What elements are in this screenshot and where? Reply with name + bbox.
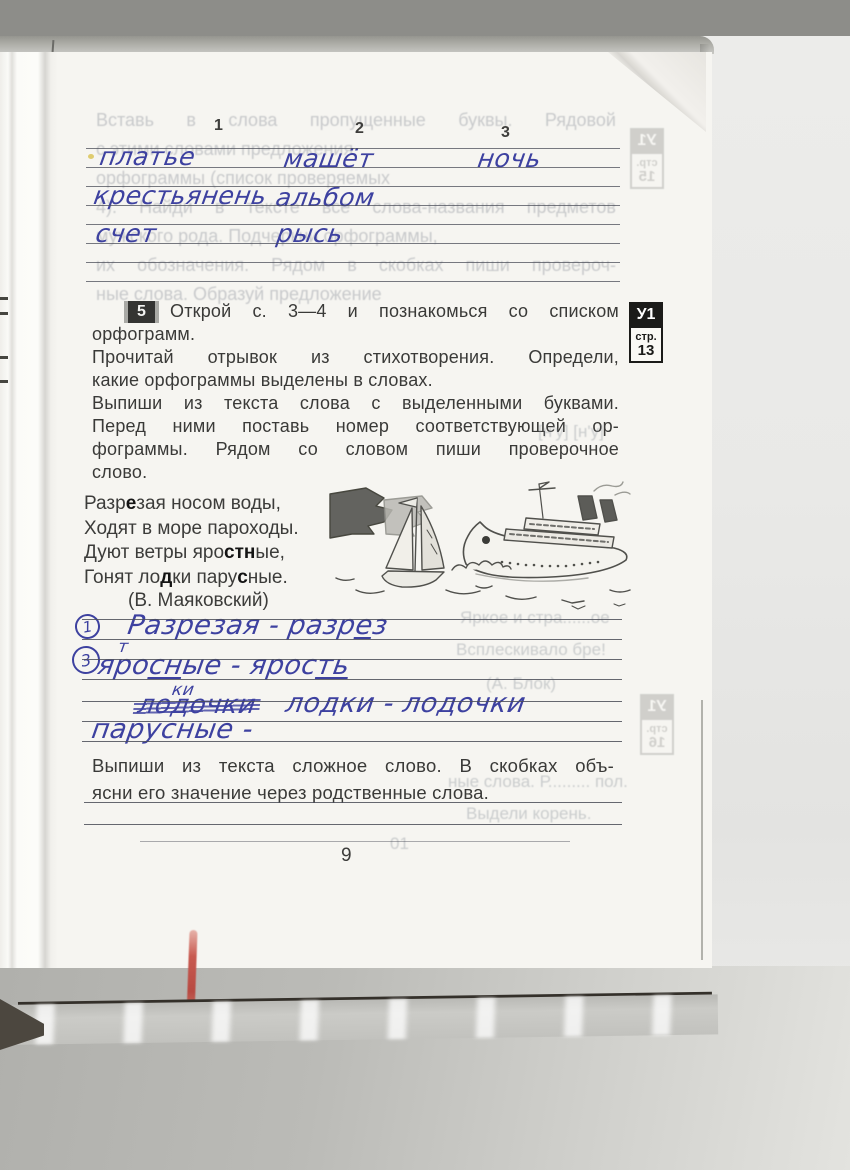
ruled-line — [82, 659, 622, 660]
column-header-1: 1 — [214, 117, 223, 135]
ruled-line — [82, 741, 622, 742]
handwritten-word: альбом — [274, 183, 377, 212]
ruled-line — [84, 802, 622, 803]
paper-speck — [88, 154, 94, 159]
ruled-line — [84, 824, 622, 825]
ruled-line — [82, 639, 622, 640]
poem: Разрезая носом воды, Ходят в море парохо… — [84, 492, 354, 590]
text-line: мужского рода. Подчеркни орфограммы, — [96, 222, 616, 251]
ghost-margin-badge: У1 стр. 16 — [640, 694, 674, 755]
text-line: их обозначения. Рядом в скобках пиши про… — [96, 251, 616, 280]
handwritten-answer: яросные - ярость — [96, 650, 353, 681]
text-line: Открой с. 3—4 и познакомься со списком — [92, 300, 619, 323]
margin-page-badge: У1 стр. 13 — [629, 302, 663, 363]
ruled-line — [86, 224, 620, 225]
ruled-line — [82, 619, 622, 620]
page-content: Вставь в слова пропущенные буквы. Рядово… — [0, 0, 850, 1170]
ruled-line — [86, 148, 620, 149]
column-header-3: 3 — [501, 124, 510, 142]
spine-mark — [52, 40, 55, 52]
text-line: Прочитай отрывок из стихотворения. Опред… — [92, 346, 619, 369]
poem-line: Гонят лодки парусные. — [84, 566, 354, 591]
ruled-line — [82, 679, 622, 680]
ghost-fragment: [н'у] [н'у] — [538, 422, 604, 442]
page-right-edge-line — [701, 700, 703, 960]
ruled-line — [86, 281, 620, 282]
ship-sketch-illustration — [326, 478, 644, 620]
ruled-line — [86, 205, 620, 206]
ruled-line — [86, 167, 620, 168]
ghost-fragment: Всплескивало бре! — [456, 640, 606, 660]
text-line: орфограмм. — [92, 323, 619, 346]
binding-tick — [0, 312, 8, 315]
exercise-instruction-text: Открой с. 3—4 и познакомься со спискомор… — [92, 300, 619, 484]
ship-sketch-svg — [326, 478, 644, 620]
ghost-margin-badge: У1 стр. 15 — [630, 128, 664, 189]
ghost-fragment: ные слова. Р......... пол. — [448, 772, 628, 792]
ghost-fragment: 01 — [390, 834, 409, 854]
ruled-line — [86, 243, 620, 244]
ruled-line — [86, 186, 620, 187]
handwritten-answer: Разрезая - разрез — [126, 610, 391, 641]
binding-tick — [0, 297, 8, 300]
circled-number: 1 — [73, 612, 102, 641]
poem-line: Разрезая носом воды, — [84, 492, 354, 517]
ruled-line — [82, 701, 622, 702]
column-header-2: 2 — [355, 120, 364, 138]
text-line: какие орфограммы выделены в словах. — [92, 369, 619, 392]
poem-line: Ходят в море пароходы. — [84, 517, 354, 542]
ruled-line — [140, 841, 570, 842]
binding-tick — [0, 356, 8, 359]
ghost-fragment: Яркое и стра......ое — [460, 608, 610, 628]
binding-tick — [0, 380, 8, 383]
poem-attribution: (В. Маяковский) — [128, 590, 269, 612]
ruled-line — [86, 262, 620, 263]
ghost-fragment: (А. Блок) — [486, 674, 556, 694]
text-line: Выпиши из текста слова с выделенными бук… — [92, 392, 619, 415]
page-number: 9 — [341, 845, 352, 867]
margin-badge-page: стр. 13 — [629, 328, 663, 363]
ghost-fragment: Выдели корень. — [466, 804, 591, 824]
ruled-line — [82, 721, 622, 722]
poem-line: Дуют ветры яростные, — [84, 541, 354, 566]
margin-badge-unit: У1 — [629, 302, 663, 328]
